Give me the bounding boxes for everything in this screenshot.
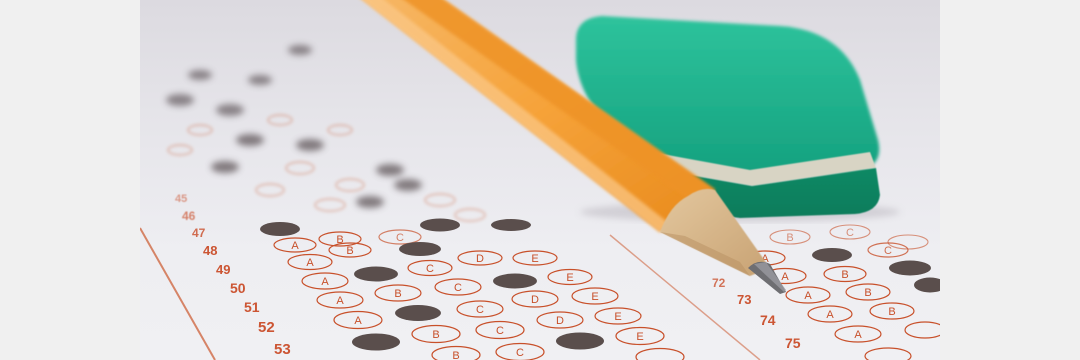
right-question-numbers: 72 73 74 75 bbox=[712, 276, 801, 351]
svg-text:C: C bbox=[396, 232, 404, 244]
svg-text:A: A bbox=[804, 290, 812, 302]
svg-text:C: C bbox=[516, 347, 524, 359]
svg-text:75: 75 bbox=[785, 335, 801, 351]
svg-text:73: 73 bbox=[737, 292, 751, 307]
svg-text:A: A bbox=[306, 257, 314, 269]
photo-scene: 45 46 47 48 49 50 51 52 53 B C A B D E A bbox=[140, 0, 940, 360]
svg-text:E: E bbox=[566, 272, 573, 284]
left-question-numbers: 45 46 47 48 49 50 51 52 53 bbox=[175, 193, 291, 358]
svg-text:D: D bbox=[531, 294, 539, 306]
svg-text:52: 52 bbox=[258, 319, 275, 336]
svg-text:B: B bbox=[841, 269, 848, 281]
right-margin bbox=[940, 0, 1080, 360]
svg-text:50: 50 bbox=[230, 280, 246, 296]
svg-text:A: A bbox=[781, 271, 789, 283]
svg-text:C: C bbox=[884, 245, 892, 257]
svg-text:45: 45 bbox=[175, 193, 187, 205]
svg-text:C: C bbox=[846, 227, 854, 239]
svg-text:B: B bbox=[888, 306, 895, 318]
svg-text:A: A bbox=[854, 329, 862, 341]
svg-text:B: B bbox=[786, 232, 793, 244]
svg-text:C: C bbox=[496, 325, 504, 337]
svg-text:C: C bbox=[426, 263, 434, 275]
svg-text:E: E bbox=[614, 311, 621, 323]
svg-text:72: 72 bbox=[712, 276, 726, 290]
svg-text:49: 49 bbox=[216, 262, 230, 277]
svg-text:C: C bbox=[454, 282, 462, 294]
svg-text:B: B bbox=[864, 287, 871, 299]
svg-text:B: B bbox=[346, 245, 353, 257]
svg-text:48: 48 bbox=[203, 243, 217, 258]
left-margin bbox=[0, 0, 140, 360]
svg-text:74: 74 bbox=[760, 312, 776, 328]
svg-text:51: 51 bbox=[244, 299, 260, 315]
svg-text:A: A bbox=[291, 240, 299, 252]
svg-text:A: A bbox=[336, 295, 344, 307]
svg-text:47: 47 bbox=[192, 226, 206, 240]
svg-text:D: D bbox=[476, 253, 484, 265]
svg-text:A: A bbox=[826, 309, 834, 321]
distant-bubbles bbox=[166, 45, 422, 208]
svg-text:A: A bbox=[354, 315, 362, 327]
answer-sheet-photo: 45 46 47 48 49 50 51 52 53 B C A B D E A bbox=[140, 0, 940, 360]
svg-text:B: B bbox=[432, 329, 439, 341]
bubble-grid-left: B C A B D E A C E A B C D E A C D bbox=[260, 219, 684, 360]
svg-text:E: E bbox=[591, 291, 598, 303]
bubble-grid-right: B C A C A B A B A B A bbox=[745, 225, 940, 360]
svg-text:C: C bbox=[476, 304, 484, 316]
svg-text:E: E bbox=[531, 253, 538, 265]
svg-text:B: B bbox=[452, 350, 459, 360]
svg-text:46: 46 bbox=[182, 209, 196, 223]
svg-text:E: E bbox=[636, 331, 643, 343]
svg-text:B: B bbox=[394, 288, 401, 300]
svg-text:53: 53 bbox=[274, 341, 291, 358]
svg-text:A: A bbox=[321, 276, 329, 288]
svg-text:D: D bbox=[556, 315, 564, 327]
